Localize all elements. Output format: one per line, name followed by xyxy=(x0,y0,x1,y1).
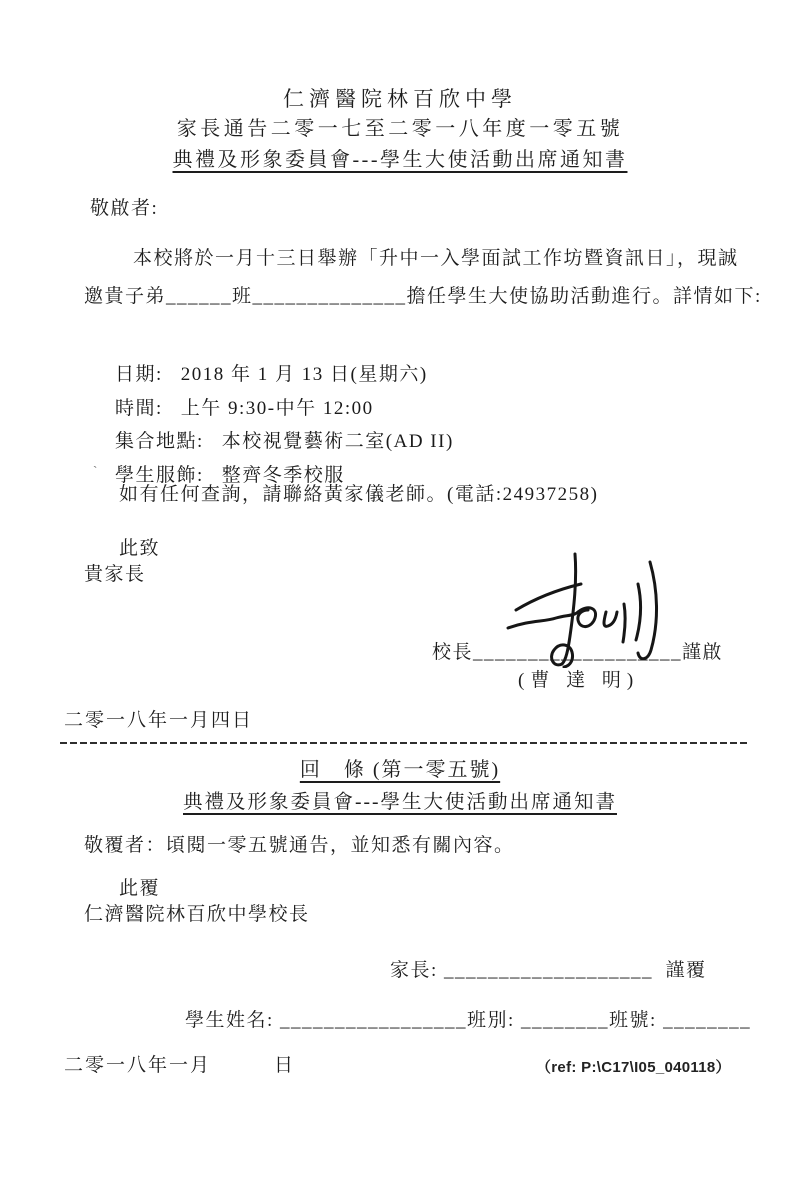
scan-artifact-mark: ˋ xyxy=(93,463,97,479)
notice-title: 典禮及形象委員會---學生大使活動出席通知書 xyxy=(0,148,800,173)
reply-ack-line: 敬覆者：頃閱一零五號通告，並知悉有關內容。 xyxy=(84,834,515,858)
notice-date: 二零一八年一月四日 xyxy=(64,709,253,733)
student-info-line: 學生姓名: _________________班別: ________班號: _… xyxy=(185,1009,751,1033)
principal-name: (曹 達 明) xyxy=(518,669,639,693)
notice-number-line: 家長通告二零一七至二零一八年度一零五號 xyxy=(0,117,800,142)
reply-addressee-line: 仁濟醫院林百欣中學校長 xyxy=(84,903,310,927)
enquiry-line: 如有任何查詢，請聯絡黃家儀老師。(電話:24937258) xyxy=(119,483,598,507)
file-ref: （ref: P:\C17\I05_040118） xyxy=(536,1056,731,1077)
parent-signature-line: 家長: ___________________ 謹覆 xyxy=(390,959,707,983)
paragraph-line-1: 本校將於一月十三日舉辦「升中一入學面試工作坊暨資訊日」，現誠 xyxy=(133,247,739,271)
salutation: 敬啟者: xyxy=(90,197,158,221)
cut-dashed-divider xyxy=(60,742,748,744)
reply-slip-subheading: 典禮及形象委員會---學生大使活動出席通知書 xyxy=(0,791,800,815)
school-name: 仁濟醫院林百欣中學 xyxy=(0,86,800,112)
reply-closing-line: 此覆 xyxy=(119,877,160,901)
addressee-line: 貴家長 xyxy=(84,563,146,587)
closing-line: 此致 xyxy=(119,537,160,561)
scanned-notice-page: 仁濟醫院林百欣中學 家長通告二零一七至二零一八年度一零五號 典禮及形象委員會--… xyxy=(0,0,800,1200)
paragraph-line-2: 邀貴子弟______班______________擔任學生大使協助活動進行。詳情… xyxy=(84,285,762,309)
reply-date-line: 二零一八年一月 日 xyxy=(64,1054,295,1078)
principal-sign-line: 校長___________________謹啟 xyxy=(432,641,723,665)
reply-slip-heading: 回 條 (第一零五號) xyxy=(0,758,800,783)
